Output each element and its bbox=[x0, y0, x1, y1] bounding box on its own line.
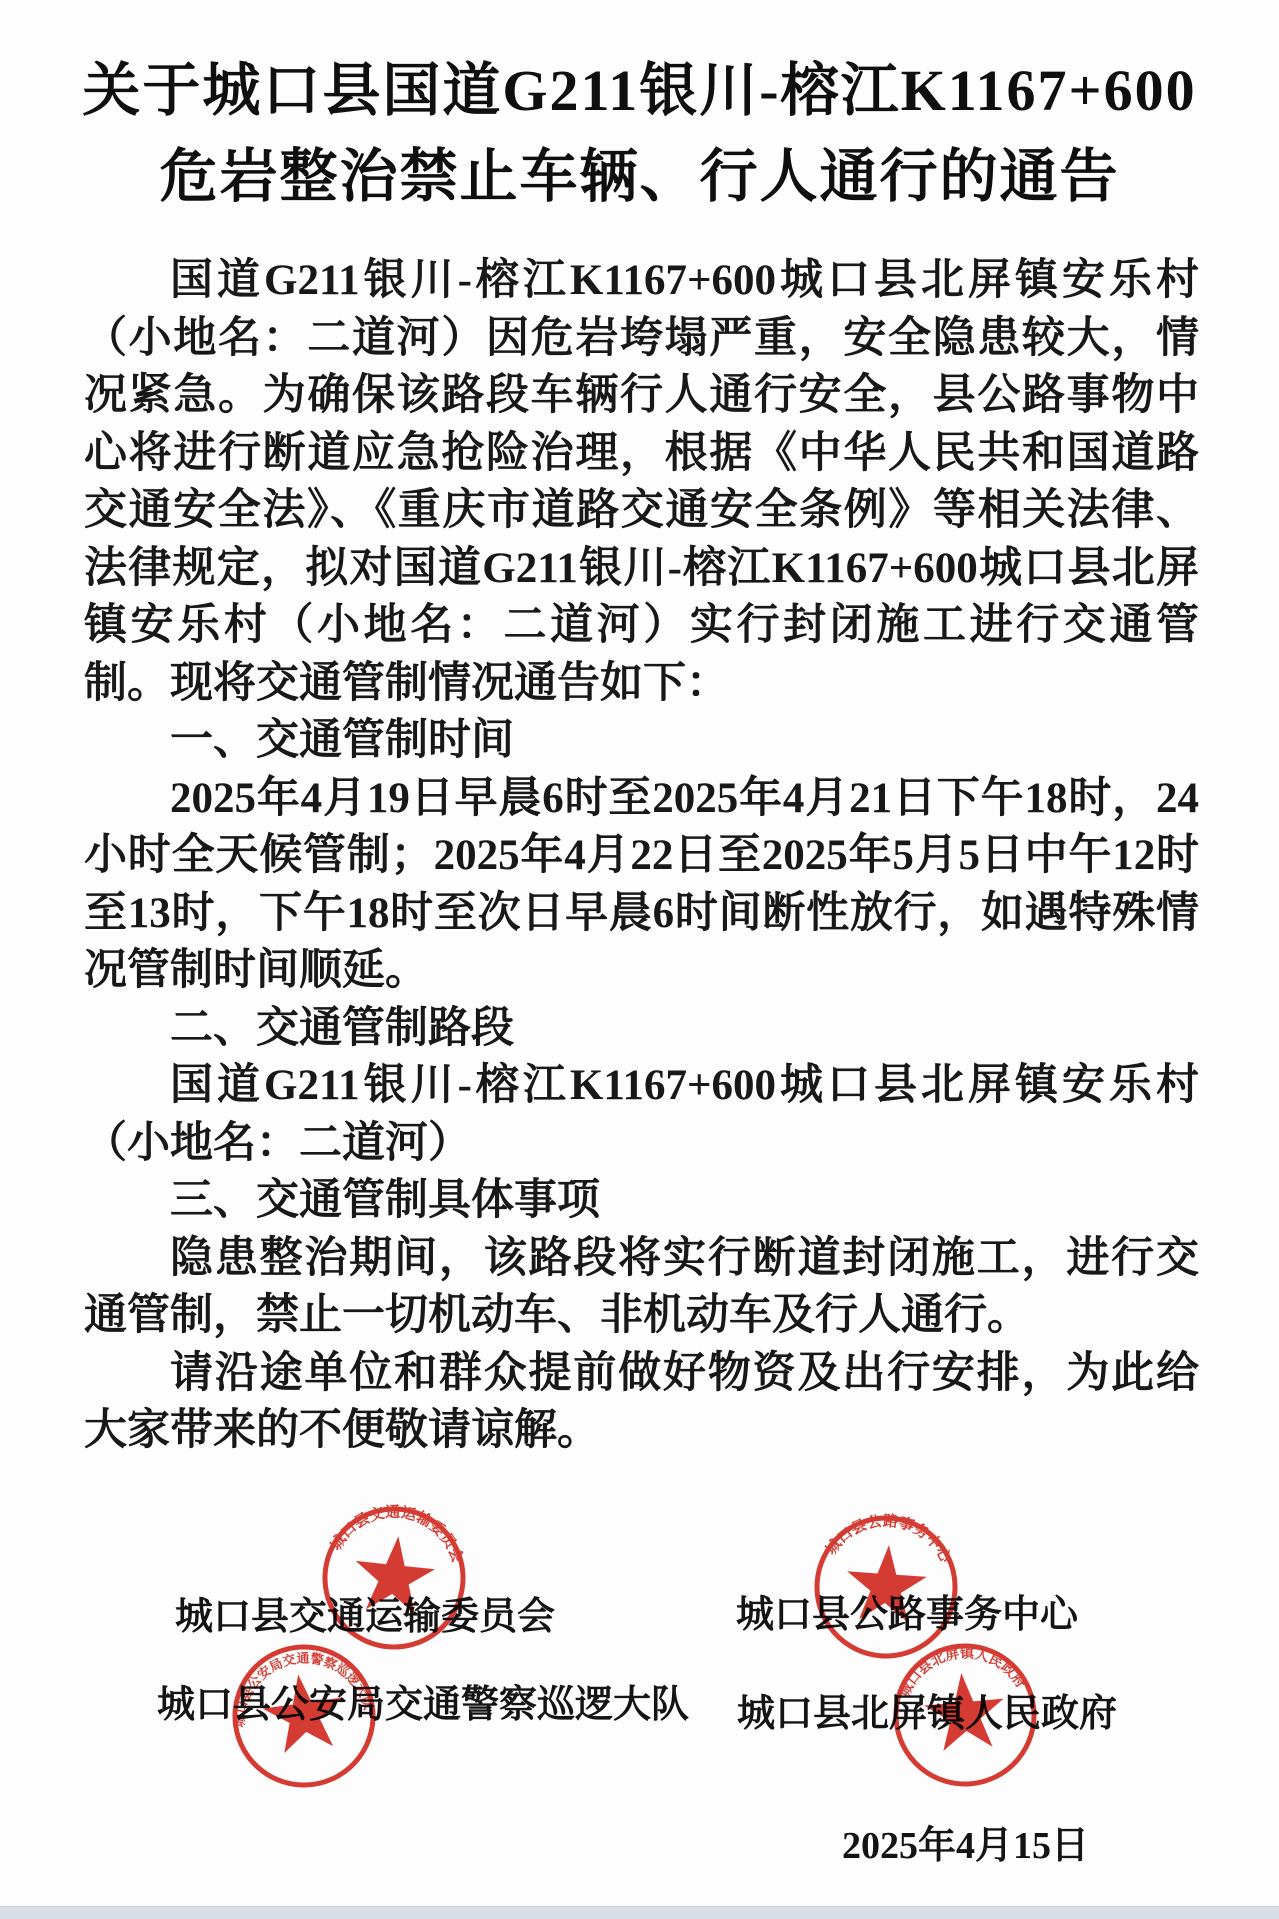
notice-body: 国道G211银川-榕江K1167+600城口县北屏镇安乐村（小地名：二道河）因危… bbox=[84, 252, 1199, 1460]
section-1-content: 2025年4月19日早晨6时至2025年4月21日下午18时，24小时全天候管制… bbox=[84, 770, 1199, 1000]
section-1-heading: 一、交通管制时间 bbox=[84, 712, 1199, 770]
notice-document: 关于城口县国道G211银川-榕江K1167+600 危岩整治禁止车辆、行人通行的… bbox=[0, 0, 1279, 1919]
paragraph-closing: 请沿途单位和群众提前做好物资及出行安排，为此给大家带来的不便敬请谅解。 bbox=[84, 1345, 1199, 1460]
section-2-heading: 二、交通管制路段 bbox=[84, 1000, 1199, 1058]
paragraph-intro: 国道G211银川-榕江K1167+600城口县北屏镇安乐村（小地名：二道河）因危… bbox=[84, 252, 1199, 712]
official-seal-town-government: 城口县北屏镇人民政府 bbox=[884, 1634, 1047, 1797]
section-3-heading: 三、交通管制具体事项 bbox=[84, 1172, 1199, 1230]
star-icon bbox=[351, 1532, 438, 1616]
notice-title: 关于城口县国道G211银川-榕江K1167+600 危岩整治禁止车辆、行人通行的… bbox=[40, 48, 1239, 220]
star-icon bbox=[259, 1669, 349, 1755]
official-seal-traffic-police: 城口县公安局交通警察巡逻大队 bbox=[219, 1631, 388, 1800]
notice-title-line1: 关于城口县国道G211银川-榕江K1167+600 bbox=[40, 48, 1239, 134]
star-icon bbox=[922, 1670, 1008, 1753]
section-3-content: 隐患整治期间，该路段将实行断道封闭施工，进行交通管制，禁止一切机动车、非机动车及… bbox=[84, 1230, 1199, 1345]
notice-title-line2: 危岩整治禁止车辆、行人通行的通告 bbox=[40, 134, 1239, 220]
star-icon bbox=[844, 1542, 929, 1623]
page-bottom-edge bbox=[0, 1906, 1279, 1919]
section-2-content: 国道G211银川-榕江K1167+600城口县北屏镇安乐村（小地名：二道河） bbox=[84, 1057, 1199, 1172]
notice-date: 2025年4月15日 bbox=[842, 1814, 1089, 1869]
